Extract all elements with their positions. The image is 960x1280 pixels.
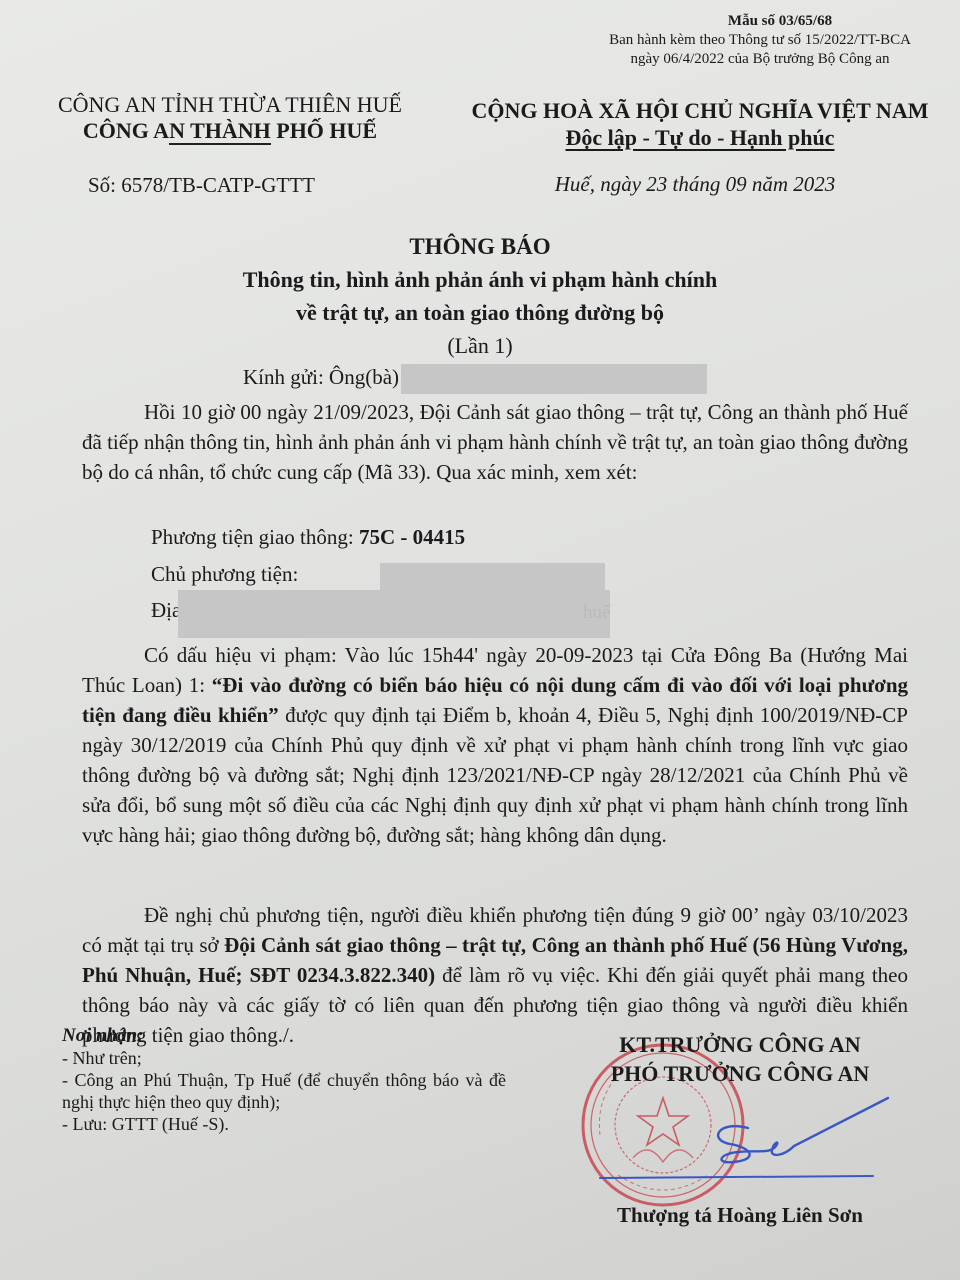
national-motto: Độc lập - Tự do - Hạnh phúc xyxy=(566,125,835,150)
national-header: CỘNG HOÀ XÃ HỘI CHỦ NGHĨA VIỆT NAM Độc l… xyxy=(440,97,960,151)
owner-line: Chủ phương tiện: xyxy=(151,562,298,587)
document-number: Số: 6578/TB-CATP-GTTT xyxy=(88,173,315,198)
vehicle-line: Phương tiện giao thông: 75C - 04415 xyxy=(151,525,465,550)
redacted-recipient-name xyxy=(401,364,707,394)
distribution-heading: Nơi nhận: xyxy=(62,1025,506,1047)
doc-type: THÔNG BÁO xyxy=(180,230,780,263)
issuing-organization: CÔNG AN TỈNH THỪA THIÊN HUẾ CÔNG AN THÀN… xyxy=(30,92,430,144)
address-ghost-text: huế xyxy=(583,602,610,624)
org-unit-part: PHỐ HUẾ xyxy=(271,118,377,143)
org-unit-underlined: N THÀNH xyxy=(169,118,271,145)
form-ref-line1: Ban hành kèm theo Thông tư số 15/2022/TT… xyxy=(560,31,960,50)
nation-name: CỘNG HOÀ XÃ HỘI CHỦ NGHĨA VIỆT NAM xyxy=(440,97,960,124)
attempt-number: (Lần 1) xyxy=(180,329,780,362)
recipient-line: Kính gửi: Ông(bà) xyxy=(243,364,707,394)
place-and-date: Huế, ngày 23 tháng 09 năm 2023 xyxy=(440,172,950,197)
form-ref-line2: ngày 06/4/2022 của Bộ trưởng Bộ Công an xyxy=(560,50,960,69)
redacted-owner-name xyxy=(380,563,605,590)
subtitle-line2: về trật tự, an toàn giao thông đường bộ xyxy=(180,296,780,329)
owner-label: Chủ phương tiện: xyxy=(151,562,298,586)
distribution-item: - Lưu: GTTT (Huế -S). xyxy=(62,1113,506,1135)
vehicle-label: Phương tiện giao thông: xyxy=(151,525,359,549)
violation-paragraph: Có dấu hiệu vi phạm: Vào lúc 15h44' ngày… xyxy=(82,640,908,850)
license-plate: 75C - 04415 xyxy=(359,525,465,549)
form-number: Mẫu số 03/65/68 xyxy=(560,12,960,31)
document-title: THÔNG BÁO Thông tin, hình ảnh phản ánh v… xyxy=(180,230,780,362)
signature-line1: KT.TRƯỞNG CÔNG AN xyxy=(560,1030,920,1059)
form-reference: Mẫu số 03/65/68 Ban hành kèm theo Thông … xyxy=(560,12,960,69)
org-unit-part: CÔNG A xyxy=(83,118,169,143)
intro-text: Hồi 10 giờ 00 ngày 21/09/2023, Đội Cảnh … xyxy=(82,400,908,484)
handwritten-signature-icon xyxy=(598,1080,898,1180)
distribution-list: Nơi nhận: - Như trên; - Công an Phú Thuậ… xyxy=(62,1025,506,1135)
signer-name: Thượng tá Hoàng Liên Sơn xyxy=(560,1203,920,1228)
subtitle-line1: Thông tin, hình ảnh phản ánh vi phạm hàn… xyxy=(180,263,780,296)
intro-paragraph: Hồi 10 giờ 00 ngày 21/09/2023, Đội Cảnh … xyxy=(82,397,908,487)
org-parent: CÔNG AN TỈNH THỪA THIÊN HUẾ xyxy=(30,92,430,118)
distribution-item: - Công an Phú Thuận, Tp Huế (để chuyển t… xyxy=(62,1069,506,1113)
distribution-item: - Như trên; xyxy=(62,1047,506,1069)
redacted-address xyxy=(178,590,610,638)
recipient-label: Kính gửi: Ông(bà) xyxy=(243,365,399,389)
org-unit: CÔNG AN THÀNH PHỐ HUẾ xyxy=(30,118,430,144)
